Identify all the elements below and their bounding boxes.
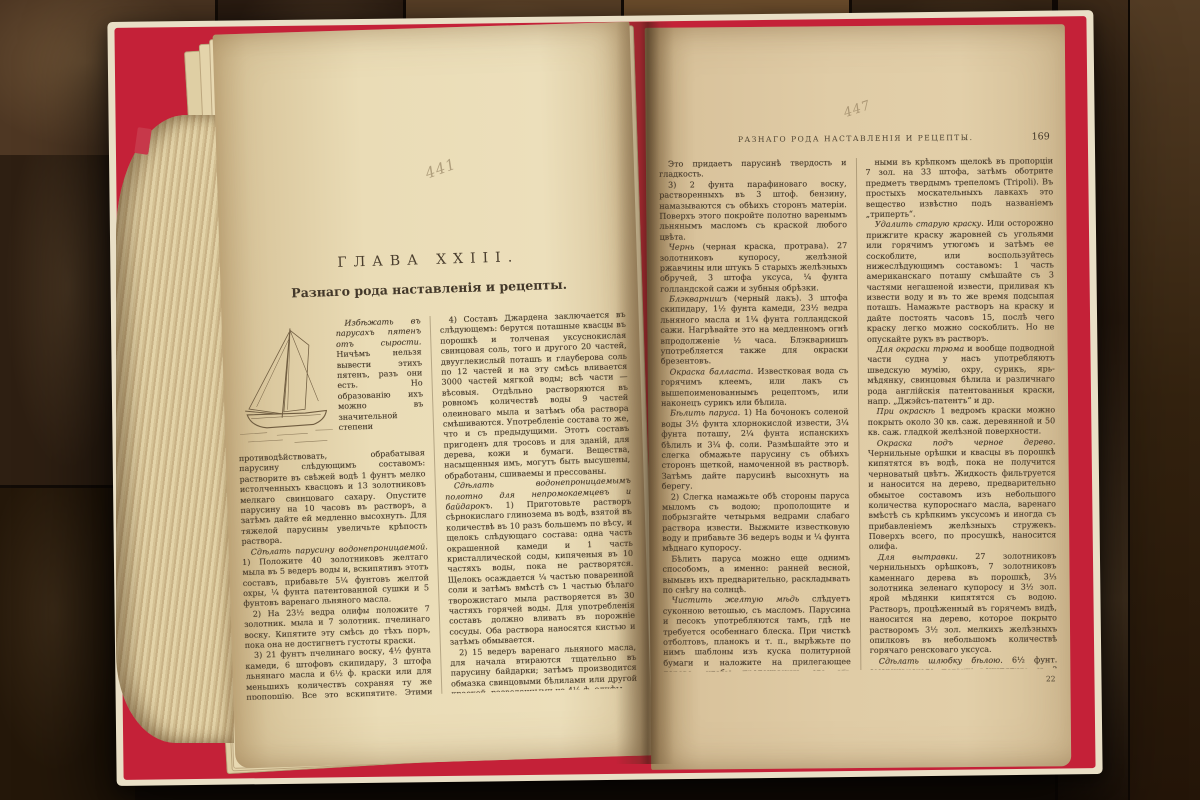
right-page-columns: Это придаетъ парусинѣ твердость и гладко… [659, 156, 1057, 671]
paragraph-text: 27 золотниковъ чернильныхъ орѣшковъ, 7 з… [869, 551, 1057, 655]
paragraph: Блэкварнишъ (черный лакъ). 3 штофа скипи… [660, 293, 848, 367]
left-page: 441 ГЛАВА XXIII. Разнаго рода наставлені… [213, 22, 653, 769]
paragraph: 2) На 23½ ведра олифы положите 7 золотни… [244, 604, 431, 651]
paragraph-list: 4) Составъ Джардена заключается въ слѣду… [440, 310, 638, 700]
paragraph-list: ными въ крѣпкомъ щелокѣ въ пропорціи 7 з… [865, 156, 1057, 671]
paragraph-list: Это придаетъ парусинѣ твердость и гладко… [659, 158, 851, 672]
page-number: 169 [1032, 131, 1050, 142]
chapter-heading: ГЛАВА XXIII. [220, 246, 637, 275]
paragraph-text: 2) 15 ведеръ варенаго льняного масла, дл… [450, 642, 637, 698]
paragraph-text: Или осторожно прижгите краску жаровней с… [866, 219, 1054, 344]
left-page-column-2: 4) Составъ Джардена заключается въ слѣду… [430, 310, 638, 694]
paragraph: Бѣлить паруса можно еще однимъ способомъ… [662, 553, 850, 596]
pencil-annotation-left: 441 [423, 155, 459, 183]
right-page-column-1: Это придаетъ парусинѣ твердость и гладко… [659, 158, 851, 672]
paragraph: ными въ крѣпкомъ щелокѣ въ пропорціи 7 з… [865, 156, 1053, 220]
paragraph: Окраска балласта. Известковая вода съ го… [661, 366, 849, 409]
running-header: РАЗНАГО РОДА НАСТАВЛЕНІЯ И РЕЦЕПТЫ. 169 [660, 132, 1052, 149]
paragraph-text: слѣдуетъ суконною ветошью, съ масломъ. П… [663, 594, 851, 671]
paragraph-lead: Окраска балласта. [670, 367, 754, 377]
paragraph-lead: Для окраски трюма [876, 344, 964, 354]
paragraph-lead: Блэкварнишъ [669, 294, 727, 304]
paragraph-lead: Бѣлить паруса. [670, 408, 740, 418]
paragraph-lead: Избѣжать въ парусахъ пятенъ отъ сырости. [336, 316, 422, 348]
paragraph-text: Это придаетъ парусинѣ твердость и гладко… [659, 158, 846, 179]
paragraph: 3) 2 фунта парафиноваго воску, растворен… [659, 179, 847, 243]
sailboat-illustration [235, 321, 336, 452]
chapter-subtitle: Разнаго рода наставленія и рецепты. [221, 275, 638, 303]
signature-mark: 22 [650, 674, 1055, 687]
paragraph-text: 2) Слегка намажьте обѣ стороны паруса мы… [662, 491, 850, 554]
paragraph-text: Чернильные орѣшки и квасцы въ порошкѣ ки… [868, 447, 1056, 551]
left-page-columns: Избѣжать въ парусахъ пятенъ отъ сырости.… [235, 310, 638, 700]
paragraph-lead: Окраска подъ черное дерево. [877, 437, 1056, 448]
book-gutter-shadow [616, 22, 674, 764]
paragraph-text: (черный лакъ). 3 штофа скипидару, 1½ фун… [660, 293, 848, 366]
paragraph: Это придаетъ парусинѣ твердость и гладко… [659, 158, 847, 180]
page-block-fore-edge [116, 115, 234, 743]
pencil-annotation-right: 447 [842, 98, 873, 121]
paragraph: 2) Слегка намажьте обѣ стороны паруса мы… [662, 491, 850, 555]
paragraph-text: ными въ крѣпкомъ щелокѣ въ пропорціи 7 з… [866, 156, 1054, 219]
paragraph-text: 1) На бочонокъ соленой воды 3½ фунта хло… [661, 407, 849, 490]
paragraph-text: 4) Составъ Джардена заключается въ слѣду… [440, 310, 630, 481]
right-page: 447 РАЗНАГО РОДА НАСТАВЛЕНІЯ И РЕЦЕПТЫ. … [645, 24, 1071, 770]
paragraph: 2) 15 ведеръ варенаго льняного масла, дл… [450, 642, 637, 700]
paragraph-lead: Сдѣлать шлюбку бѣлою. [879, 655, 1003, 665]
table-wood-plank [1128, 0, 1200, 800]
paragraph-lead: Для вытравки. [878, 552, 958, 562]
paragraph: Сдѣлать парусину водонепроницаемой. 1) П… [242, 542, 430, 610]
paragraph-lead: Чистить желтую мѣдь [672, 595, 799, 605]
paragraph: Удалить старую краску. Или осторожно при… [866, 219, 1055, 345]
paragraph-lead: При окраскѣ [877, 407, 935, 417]
paragraph: 3) 21 фунтъ пчелинаго воску, 4½ фунта ка… [245, 646, 434, 700]
paragraph: Чернь (черная краска, протрава). 27 золо… [660, 241, 848, 295]
paragraph: Бѣлить паруса. 1) На бочонокъ соленой во… [661, 407, 849, 492]
paragraph-text: Бѣлить паруса можно еще однимъ способомъ… [662, 553, 850, 595]
paragraph-text: 3) 2 фунта парафиноваго воску, растворен… [659, 179, 847, 242]
paragraph-lead: Удалить старую краску. [875, 219, 984, 229]
paragraph-text: 3) 21 фунтъ пчелинаго воску, 4½ фунта ка… [245, 646, 433, 700]
book-photograph: 441 ГЛАВА XXIII. Разнаго рода наставлені… [0, 0, 1200, 800]
paragraph: Чистить желтую мѣдь слѣдуетъ суконною ве… [663, 594, 852, 671]
paragraph: Для окраски трюма и вообще подводной час… [867, 343, 1055, 407]
running-header-title: РАЗНАГО РОДА НАСТАВЛЕНІЯ И РЕЦЕПТЫ. [660, 132, 1052, 144]
paragraph: Сдѣлать водонепроницаемымъ полотно для н… [445, 476, 636, 648]
paragraph-text: 1) Приготовьте растворъ сѣрнокислаго гли… [446, 497, 636, 647]
paragraph: 4) Составъ Джардена заключается въ слѣду… [440, 310, 631, 482]
paragraph-text: 2) На 23½ ведра олифы положите 7 золотни… [244, 604, 431, 650]
paragraph: При окраскѣ 1 ведромъ краски можно покры… [868, 406, 1056, 439]
left-page-column-1: Избѣжать въ парусахъ пятенъ отъ сырости.… [235, 316, 433, 700]
paragraph: Сдѣлать шлюбку бѣлою. 6½ фунт. американс… [870, 655, 1058, 672]
paragraph-text: 1) Положите 40 золотниковъ желтаго мыла … [242, 552, 429, 608]
paragraph: Окраска подъ черное дерево. Чернильные о… [868, 437, 1056, 553]
right-page-column-2: ными въ крѣпкомъ щелокѣ въ пропорціи 7 з… [855, 156, 1057, 670]
paragraph: Для вытравки. 27 золотниковъ чернильныхъ… [869, 551, 1057, 657]
